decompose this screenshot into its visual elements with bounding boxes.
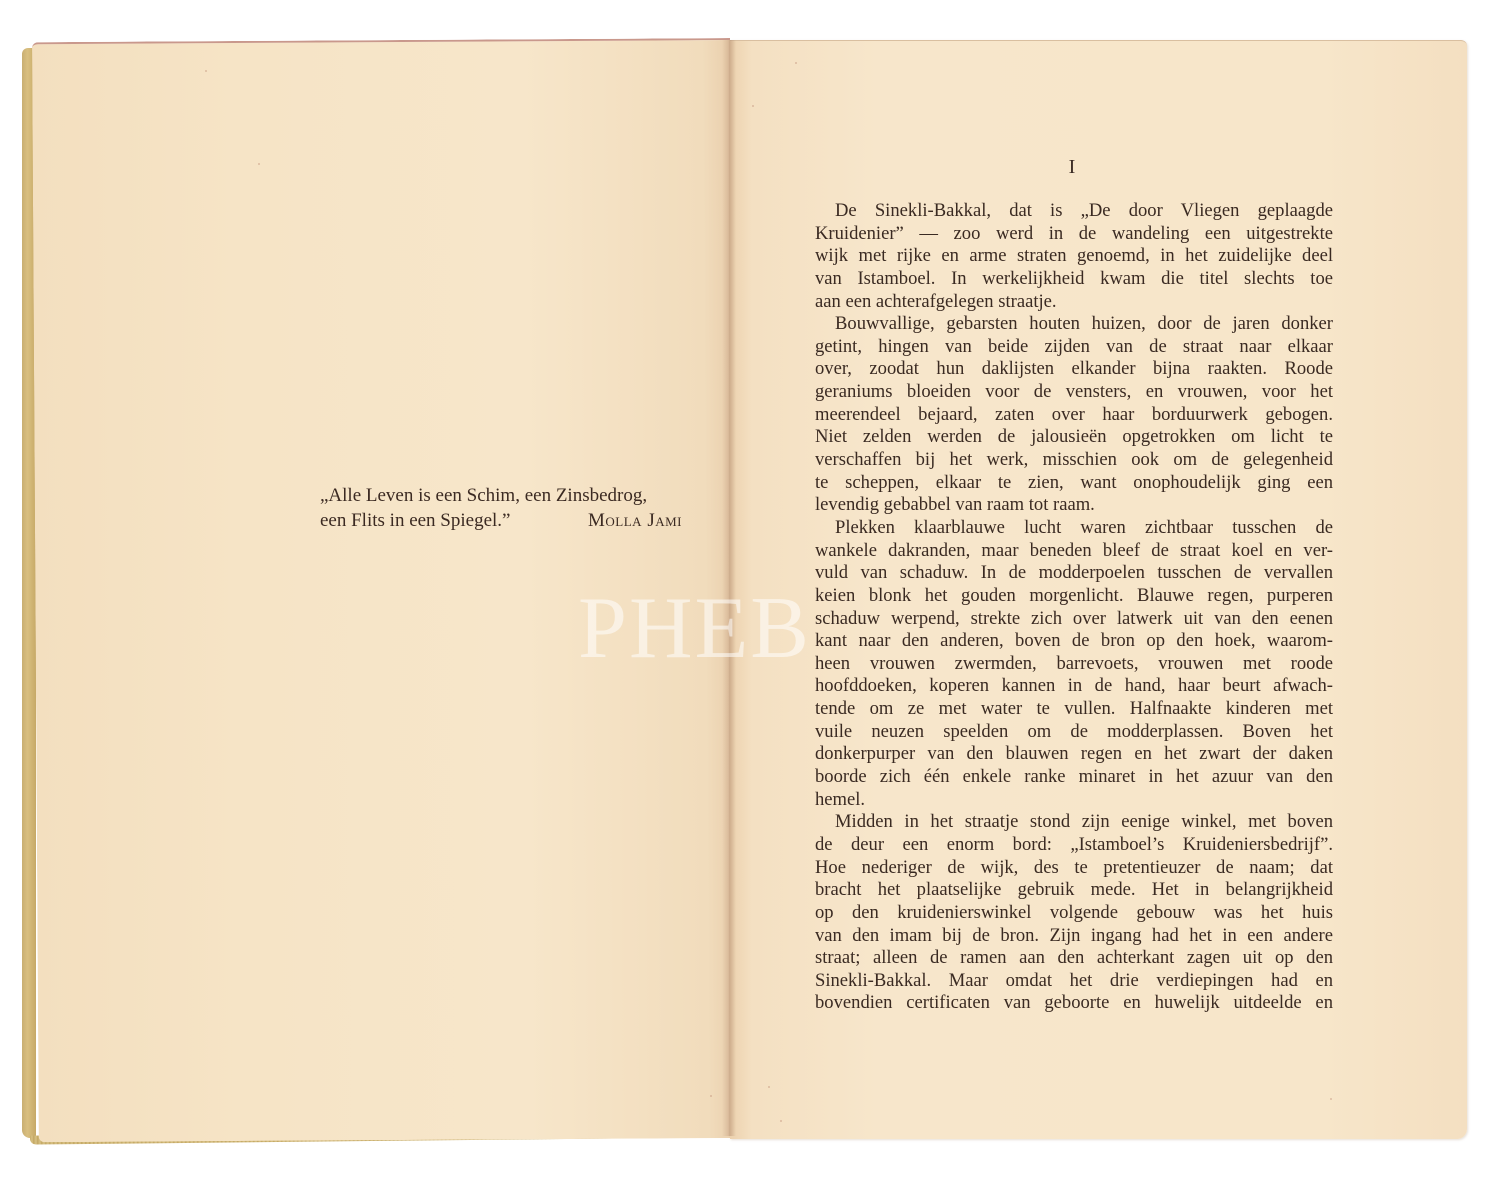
text-line: Kruidenier” — zoo werd in de wandeling e… xyxy=(815,223,1333,246)
epigraph-line-1: „Alle Leven is een Schim, een Zinsbedrog… xyxy=(320,483,682,508)
text-line: wijk met rijke en arme straten genoemd, … xyxy=(815,245,1333,268)
text-line: hemel. xyxy=(815,789,1333,812)
text-line: tende om ze met water te vullen. Halfnaa… xyxy=(815,698,1333,721)
text-line: Plekken klaarblauwe lucht waren zichtbaa… xyxy=(815,517,1333,540)
text-line: van den imam bij de bron. Zijn ingang ha… xyxy=(815,925,1333,948)
text-line: De Sinekli-Bakkal, dat is „De door Vlieg… xyxy=(815,200,1333,223)
text-line: aan een achterafgelegen straatje. xyxy=(815,291,1333,314)
text-line: over, zoodat hun daklijsten elkander bij… xyxy=(815,358,1333,381)
text-line: bracht het plaatselijke gebruik mede. He… xyxy=(815,879,1333,902)
text-line: donkerpurper van den blauwen regen en he… xyxy=(815,743,1333,766)
text-line: verschaffen bij het werk, misschien ook … xyxy=(815,449,1333,472)
epigraph: „Alle Leven is een Schim, een Zinsbedrog… xyxy=(320,483,682,533)
text-line: Sinekli-Bakkal. Maar omdat het drie verd… xyxy=(815,970,1333,993)
text-line: heen vrouwen zwermden, barrevoets, vrouw… xyxy=(815,653,1333,676)
text-line: boorde zich één enkele ranke minaret in … xyxy=(815,766,1333,789)
text-line: schaduw werpend, strekte zich over latwe… xyxy=(815,608,1333,631)
text-line: van Istamboel. In werkelijkheid kwam die… xyxy=(815,268,1333,291)
text-line: levendig gebabbel van raam tot raam. xyxy=(815,494,1333,517)
text-line: Hoe nederiger de wijk, des te pretentieu… xyxy=(815,857,1333,880)
chapter-number: I xyxy=(1062,156,1082,179)
text-line: de deur een enorm bord: „Istamboel’s Kru… xyxy=(815,834,1333,857)
text-line: wankele dakranden, maar beneden bleef de… xyxy=(815,540,1333,563)
epigraph-line-2: een Flits in een Spiegel.” Molla Jami xyxy=(320,508,682,533)
open-book: „Alle Leven is een Schim, een Zinsbedrog… xyxy=(0,0,1500,1180)
text-line: geraniums bloeiden voor de vensters, en … xyxy=(815,381,1333,404)
text-line: getint, hingen van beide zijden van de s… xyxy=(815,336,1333,359)
text-line: keien blonk het gouden morgenlicht. Blau… xyxy=(815,585,1333,608)
text-line: bovendien certificaten van geboorte en h… xyxy=(815,992,1333,1015)
text-line: straat; alleen de ramen aan den achterka… xyxy=(815,947,1333,970)
text-line: te scheppen, elkaar te zien, want onopho… xyxy=(815,472,1333,495)
text-line: Niet zelden werden de jalousieën opgetro… xyxy=(815,426,1333,449)
text-line: op den kruidenierswinkel volgende gebouw… xyxy=(815,902,1333,925)
text-line: Bouwvallige, gebarsten houten huizen, do… xyxy=(815,313,1333,336)
epigraph-quote-end: een Flits in een Spiegel.” xyxy=(320,508,510,533)
text-line: meerendeel bejaard, zaten over haar bord… xyxy=(815,404,1333,427)
text-line: kant naar den anderen, boven de bron op … xyxy=(815,630,1333,653)
text-line: vuile neuzen speelden om de modderplasse… xyxy=(815,721,1333,744)
epigraph-attribution: Molla Jami xyxy=(588,508,682,533)
left-page xyxy=(32,38,737,1142)
text-line: hoofddoeken, koperen kannen in de hand, … xyxy=(815,675,1333,698)
chapter-body-text: De Sinekli-Bakkal, dat is „De door Vlieg… xyxy=(815,200,1333,1015)
book-gutter xyxy=(722,40,736,1136)
text-line: Midden in het straatje stond zijn eenige… xyxy=(815,811,1333,834)
text-line: vuld van schaduw. In de modderpoelen tus… xyxy=(815,562,1333,585)
